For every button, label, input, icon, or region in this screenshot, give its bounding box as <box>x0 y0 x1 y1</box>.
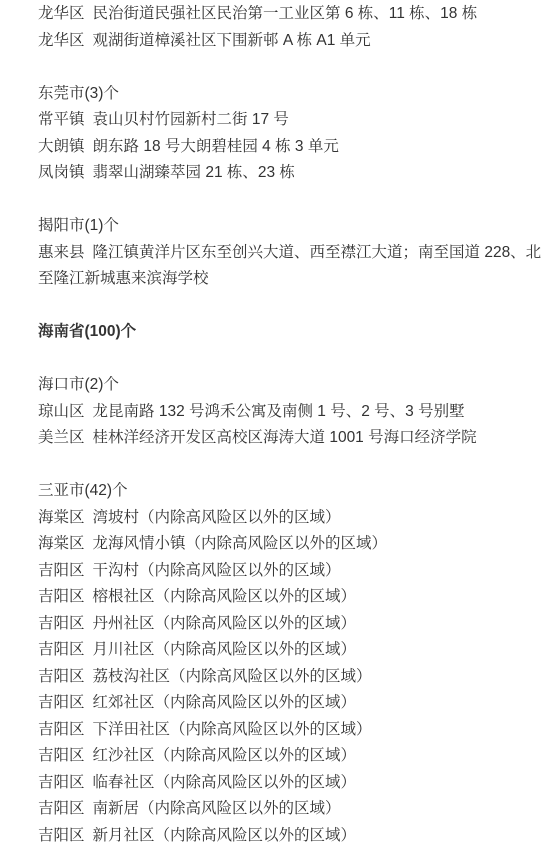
area-entry: 琼山区龙昆南路 132 号鸿禾公寓及南侧 1 号、2 号、3 号别墅 <box>38 399 547 426</box>
entry-region: 海棠区 <box>38 535 85 552</box>
area-entry: 龙华区民治街道民强社区民治第一工业区第 6 栋、11 栋、18 栋 <box>38 1 547 28</box>
entry-detail: 红郊社区（内除高风险区以外的区域） <box>93 694 357 711</box>
entry-detail: 民治街道民强社区民治第一工业区第 6 栋、11 栋、18 栋 <box>93 5 478 22</box>
area-entry: 吉阳区新月社区（内除高风险区以外的区域） <box>38 823 547 849</box>
entry-detail: 干沟村（内除高风险区以外的区域） <box>93 562 341 579</box>
city-header: 揭阳市(1)个 <box>38 213 547 240</box>
area-entry: 凤岗镇翡翠山湖臻萃园 21 栋、23 栋 <box>38 160 547 187</box>
entry-detail: 朗东路 18 号大朗碧桂园 4 栋 3 单元 <box>93 138 339 155</box>
entry-region: 龙华区 <box>38 5 85 22</box>
entry-region: 吉阳区 <box>38 694 85 711</box>
entry-region: 吉阳区 <box>38 615 85 632</box>
entry-region: 吉阳区 <box>38 747 85 764</box>
risk-area-document: 龙华区民治街道民强社区民治第一工业区第 6 栋、11 栋、18 栋 龙华区观湖街… <box>0 0 555 849</box>
entry-detail: 临春社区（内除高风险区以外的区域） <box>93 774 357 791</box>
blank-line <box>38 452 547 479</box>
entry-detail: 新月社区（内除高风险区以外的区域） <box>93 827 357 844</box>
area-entry: 龙华区观湖街道樟溪社区下围新邨 A 栋 A1 单元 <box>38 28 547 55</box>
city-header: 东莞市(3)个 <box>38 81 547 108</box>
blank-line <box>38 54 547 81</box>
entry-detail: 红沙社区（内除高风险区以外的区域） <box>93 747 357 764</box>
entry-region: 常平镇 <box>38 111 85 128</box>
entry-detail: 袁山贝村竹园新村二街 17 号 <box>93 111 289 128</box>
entry-detail: 榕根社区（内除高风险区以外的区域） <box>93 588 357 605</box>
area-entry: 吉阳区临春社区（内除高风险区以外的区域） <box>38 770 547 797</box>
area-entry: 大朗镇朗东路 18 号大朗碧桂园 4 栋 3 单元 <box>38 134 547 161</box>
blank-line <box>38 293 547 320</box>
blank-line <box>38 346 547 373</box>
entry-region: 龙华区 <box>38 32 85 49</box>
entry-region: 海棠区 <box>38 509 85 526</box>
entry-detail: 下洋田社区（内除高风险区以外的区域） <box>93 721 372 738</box>
entry-region: 吉阳区 <box>38 827 85 844</box>
entry-region: 吉阳区 <box>38 668 85 685</box>
entry-region: 吉阳区 <box>38 641 85 658</box>
area-entry: 海棠区湾坡村（内除高风险区以外的区域） <box>38 505 547 532</box>
entry-detail: 观湖街道樟溪社区下围新邨 A 栋 A1 单元 <box>93 32 371 49</box>
entry-region: 惠来县 <box>38 244 85 261</box>
area-entry: 吉阳区榕根社区（内除高风险区以外的区域） <box>38 584 547 611</box>
area-entry: 惠来县隆江镇黄洋片区东至创兴大道、西至襟江大道；南至国道 228、北至隆江新城惠… <box>38 240 547 293</box>
entry-detail: 荔枝沟社区（内除高风险区以外的区域） <box>93 668 372 685</box>
province-header: 海南省(100)个 <box>38 319 547 346</box>
area-entry: 吉阳区干沟村（内除高风险区以外的区域） <box>38 558 547 585</box>
blank-line <box>38 187 547 214</box>
area-entry: 吉阳区荔枝沟社区（内除高风险区以外的区域） <box>38 664 547 691</box>
area-entry: 吉阳区红郊社区（内除高风险区以外的区域） <box>38 690 547 717</box>
entry-region: 吉阳区 <box>38 800 85 817</box>
city-header: 海口市(2)个 <box>38 372 547 399</box>
entry-region: 吉阳区 <box>38 562 85 579</box>
entry-detail: 南新居（内除高风险区以外的区域） <box>93 800 341 817</box>
entry-detail: 翡翠山湖臻萃园 21 栋、23 栋 <box>93 164 295 181</box>
entry-detail: 月川社区（内除高风险区以外的区域） <box>93 641 357 658</box>
area-entry: 吉阳区红沙社区（内除高风险区以外的区域） <box>38 743 547 770</box>
entry-region: 大朗镇 <box>38 138 85 155</box>
city-header: 三亚市(42)个 <box>38 478 547 505</box>
entry-region: 吉阳区 <box>38 588 85 605</box>
area-entry: 吉阳区月川社区（内除高风险区以外的区域） <box>38 637 547 664</box>
area-entry: 吉阳区丹州社区（内除高风险区以外的区域） <box>38 611 547 638</box>
entry-detail: 丹州社区（内除高风险区以外的区域） <box>93 615 357 632</box>
area-entry: 美兰区桂林洋经济开发区高校区海涛大道 1001 号海口经济学院 <box>38 425 547 452</box>
entry-detail: 龙昆南路 132 号鸿禾公寓及南侧 1 号、2 号、3 号别墅 <box>93 403 465 420</box>
area-entry: 吉阳区下洋田社区（内除高风险区以外的区域） <box>38 717 547 744</box>
entry-detail: 桂林洋经济开发区高校区海涛大道 1001 号海口经济学院 <box>93 429 477 446</box>
entry-region: 琼山区 <box>38 403 85 420</box>
entry-detail: 龙海风情小镇（内除高风险区以外的区域） <box>93 535 388 552</box>
entry-region: 吉阳区 <box>38 774 85 791</box>
area-entry: 吉阳区南新居（内除高风险区以外的区域） <box>38 796 547 823</box>
entry-region: 凤岗镇 <box>38 164 85 181</box>
entry-detail: 湾坡村（内除高风险区以外的区域） <box>93 509 341 526</box>
area-entry: 海棠区龙海风情小镇（内除高风险区以外的区域） <box>38 531 547 558</box>
entry-region: 美兰区 <box>38 429 85 446</box>
entry-region: 吉阳区 <box>38 721 85 738</box>
area-entry: 常平镇袁山贝村竹园新村二街 17 号 <box>38 107 547 134</box>
entry-detail: 隆江镇黄洋片区东至创兴大道、西至襟江大道；南至国道 228、北至隆江新城惠来滨海… <box>38 244 541 288</box>
